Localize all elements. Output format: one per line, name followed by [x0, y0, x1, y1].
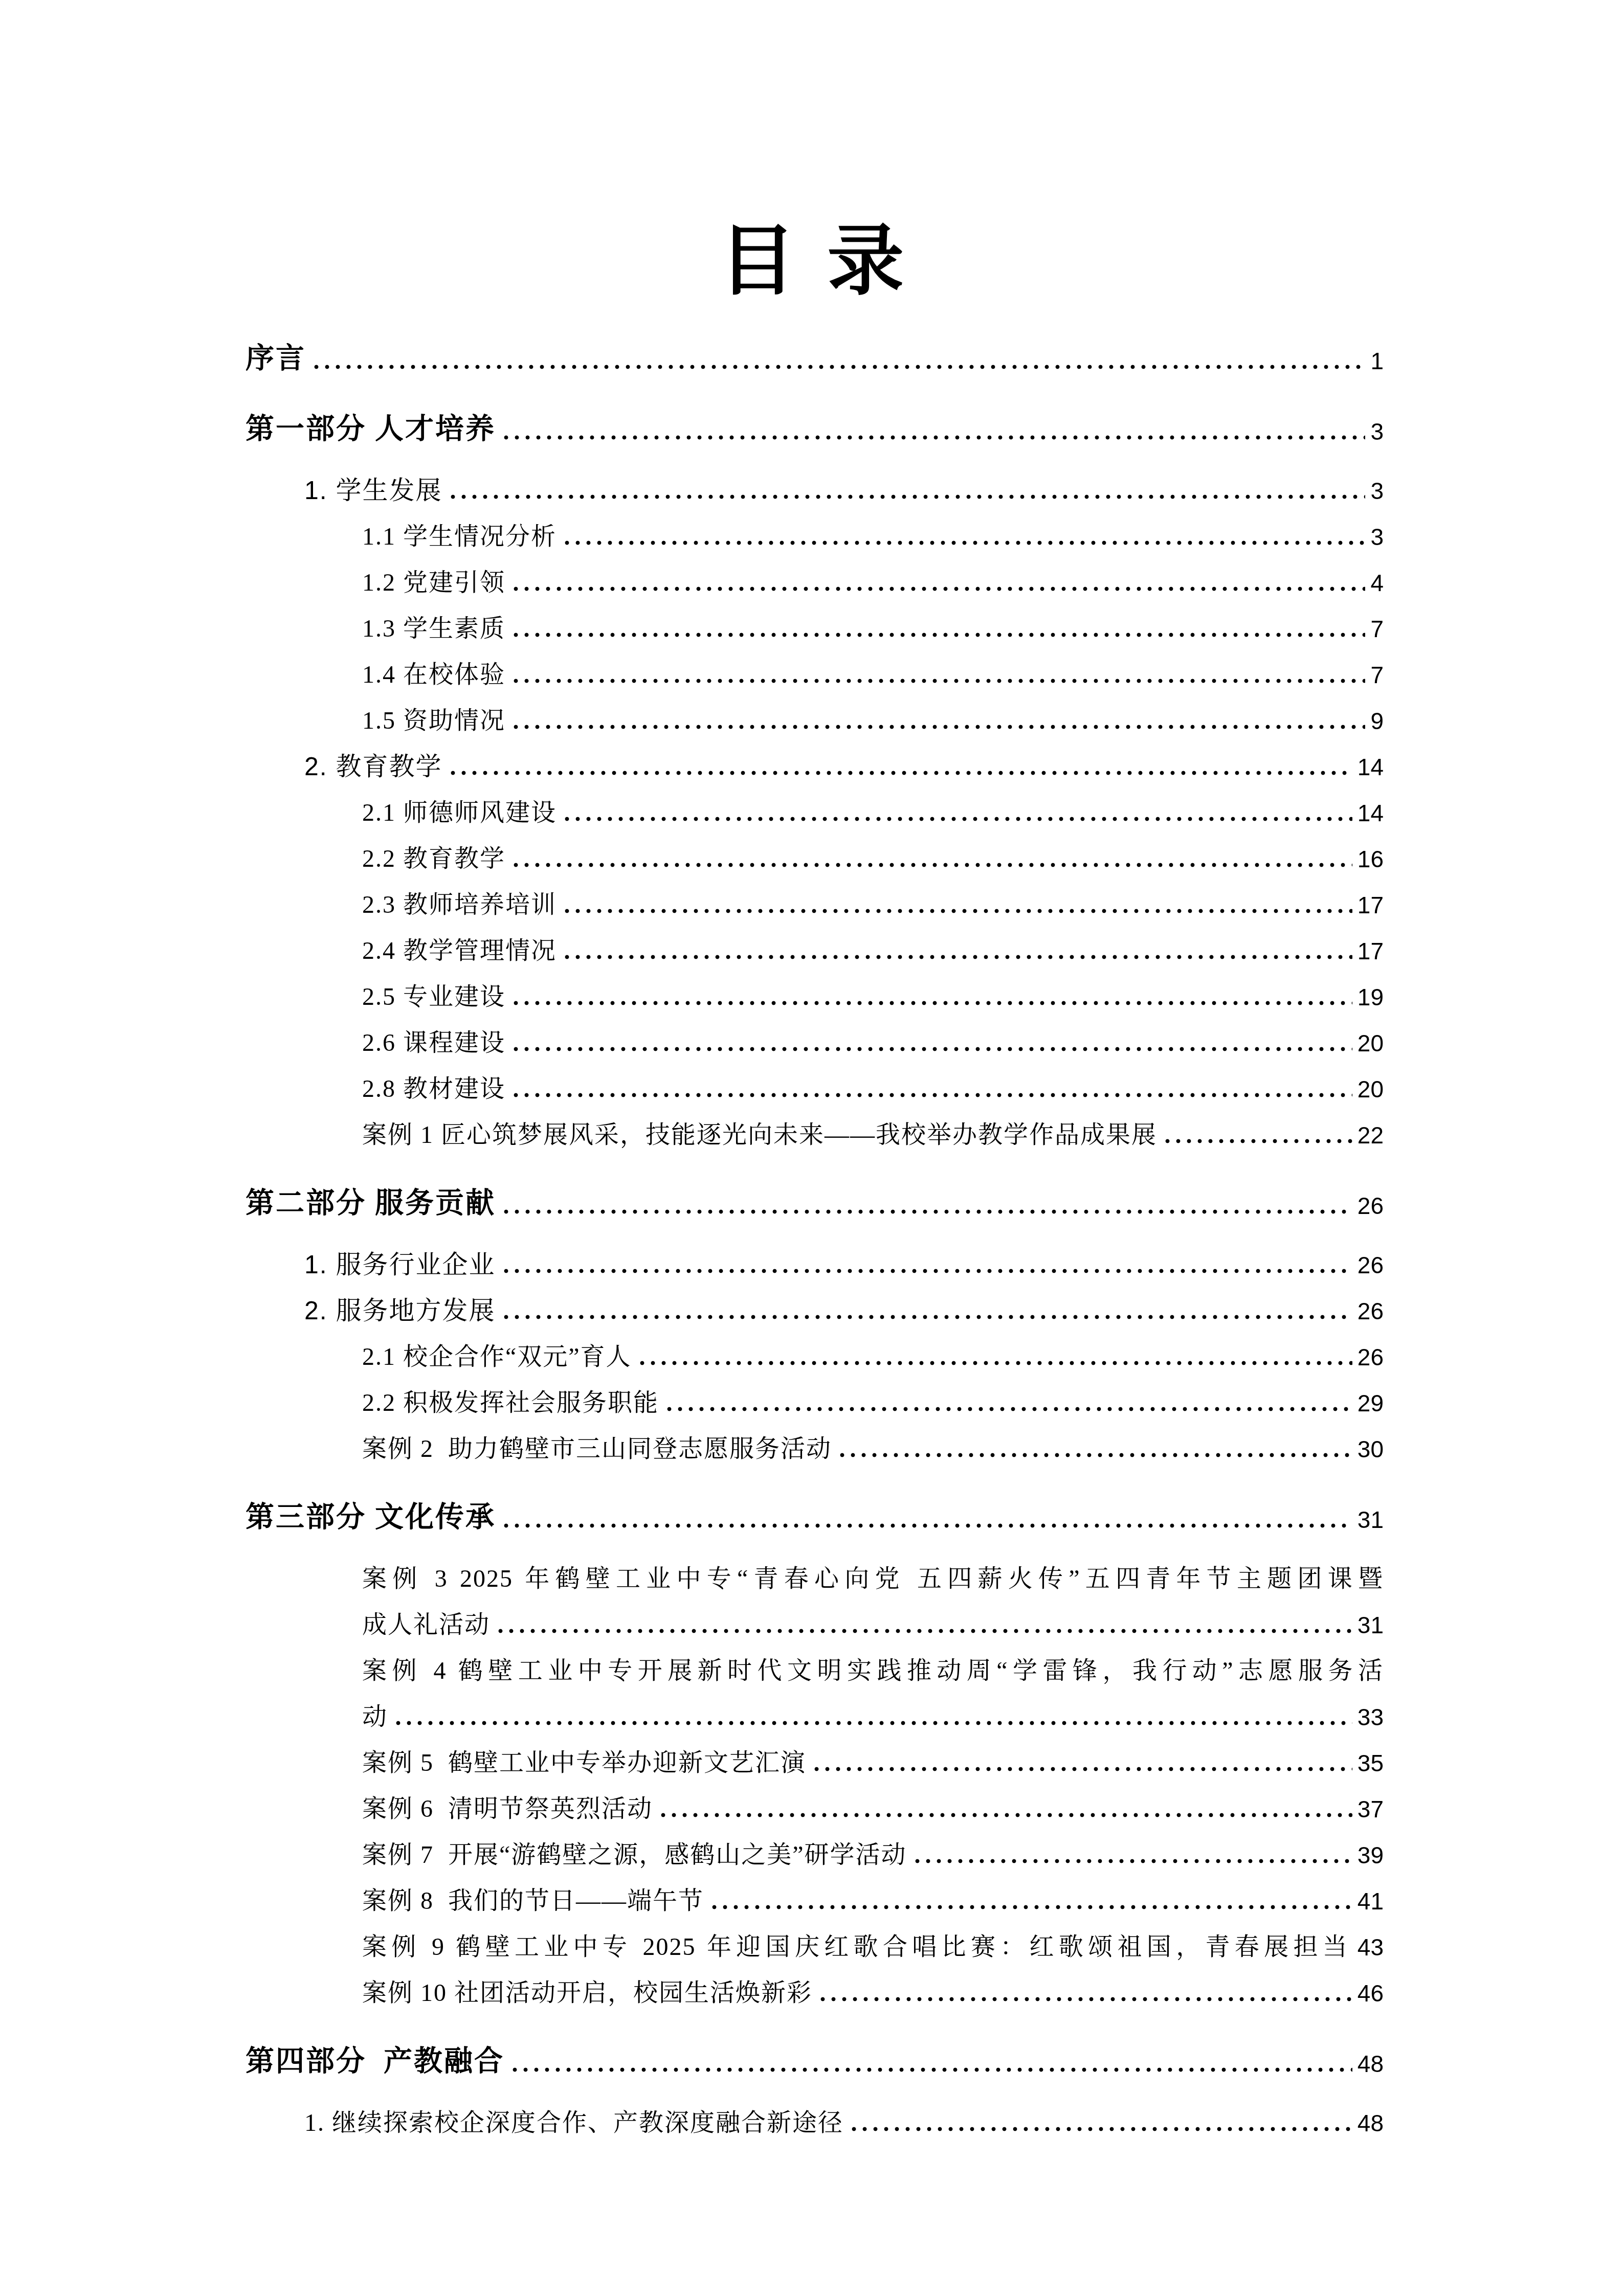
- toc-page: 目 录 序言 1 第一部分 人才培养 3 1. 学生发展 3 1.1 学生情况分…: [0, 0, 1624, 2296]
- toc-entry-text: 第一部分 人才培养: [246, 413, 496, 445]
- page-number: 17: [1358, 939, 1384, 965]
- toc-entry-7[interactable]: 1.5 资助情况 9: [246, 689, 1384, 735]
- page-number: 20: [1358, 1077, 1384, 1103]
- table-of-contents: 序言 1 第一部分 人才培养 3 1. 学生发展 3 1.1 学生情况分析 3 …: [246, 329, 1384, 2137]
- page-number: 7: [1370, 663, 1384, 689]
- dot-leader: [311, 364, 1365, 370]
- page-number: 14: [1358, 755, 1384, 781]
- dot-leader: [562, 908, 1352, 914]
- toc-entry-20[interactable]: 2.1 校企合作“双元”育人 26: [246, 1325, 1384, 1371]
- page-number: 33: [1358, 1705, 1384, 1731]
- toc-entry-text: 序言: [246, 343, 306, 375]
- page-number: 37: [1358, 1797, 1384, 1823]
- toc-entry-6[interactable]: 1.4 在校体验 7: [246, 643, 1384, 689]
- toc-entry-17[interactable]: 第二部分 服务贡献 26: [246, 1174, 1384, 1220]
- page-number: 30: [1358, 1437, 1384, 1463]
- toc-entry-text: 案例 6 清明节祭英烈活动: [362, 1795, 653, 1823]
- toc-entry-text: 2. 服务地方发展: [304, 1296, 496, 1325]
- dot-leader: [837, 1452, 1352, 1458]
- document-page: { "page": { "title": "目 录" }, "colors": …: [0, 0, 1624, 2296]
- toc-entry-0[interactable]: 序言 1: [246, 329, 1384, 375]
- toc-entry-30[interactable]: 案例 9 鹤壁工业中专 2025 年迎国庆红歌合唱比赛：红歌颂祖国，青春展担当 …: [246, 1915, 1384, 1961]
- toc-entry-18[interactable]: 1. 服务行业企业 26: [246, 1233, 1384, 1279]
- dot-leader: [562, 816, 1352, 822]
- page-number: 31: [1358, 1613, 1384, 1639]
- toc-entry-12[interactable]: 2.4 教学管理情况 17: [246, 919, 1384, 965]
- dot-leader: [501, 435, 1365, 440]
- toc-entry-text: 1.5 资助情况: [362, 707, 505, 735]
- page-number: 26: [1358, 1345, 1384, 1371]
- dot-leader: [562, 954, 1352, 960]
- toc-entry-29[interactable]: 案例 8 我们的节日——端午节 41: [246, 1869, 1384, 1915]
- toc-entry-16[interactable]: 案例 1 匠心筑梦展风采，技能逐光向未来——我校举办教学作品成果展 22: [246, 1103, 1384, 1149]
- dot-leader: [510, 1000, 1352, 1006]
- toc-entry-1[interactable]: 第一部分 人才培养 3: [246, 399, 1384, 445]
- dot-leader: [849, 2126, 1352, 2132]
- toc-entry-25-line2[interactable]: 动 33: [246, 1685, 1384, 1731]
- dot-leader: [912, 1858, 1352, 1864]
- toc-entry-33[interactable]: 1. 继续探索校企深度合作、产教深度融合新途径 48: [246, 2091, 1384, 2137]
- page-number: 4: [1370, 571, 1384, 597]
- toc-entry-text: 第四部分 产教融合: [246, 2045, 504, 2078]
- toc-entry-31[interactable]: 案例 10 社团活动开启，校园生活焕新彩 46: [246, 1961, 1384, 2007]
- toc-entry-text: 1. 服务行业企业: [304, 1250, 496, 1279]
- toc-entry-text: 第二部分 服务贡献: [246, 1187, 496, 1220]
- toc-entry-text: 1.4 在校体验: [362, 661, 505, 689]
- toc-entry-22[interactable]: 案例 2 助力鹤壁市三山同登志愿服务活动 30: [246, 1417, 1384, 1463]
- toc-entry-text: 案例 9 鹤壁工业中专 2025 年迎国庆红歌合唱比赛：红歌颂祖国，青春展担当: [362, 1933, 1348, 1961]
- toc-entry-text: 案例 10 社团活动开启，校园生活焕新彩: [362, 1979, 812, 2007]
- dot-leader: [658, 1812, 1352, 1818]
- toc-entry-19[interactable]: 2. 服务地方发展 26: [246, 1279, 1384, 1325]
- toc-entry-text: 案例 1 匠心筑梦展风采，技能逐光向未来——我校举办教学作品成果展: [362, 1121, 1157, 1149]
- toc-entry-24-line1[interactable]: 案例 3 2025 年鹤壁工业中专“青春心向党 五四薪火传”五四青年节主题团课暨: [246, 1547, 1384, 1593]
- page-number: 3: [1370, 420, 1384, 445]
- dot-leader: [510, 862, 1352, 868]
- dot-leader: [709, 1904, 1352, 1910]
- page-number: 20: [1358, 1031, 1384, 1057]
- toc-entry-text: 2.2 教育教学: [362, 845, 505, 873]
- dot-leader: [495, 1628, 1352, 1634]
- page-number: 1: [1370, 349, 1384, 375]
- toc-entry-text: 2.2 积极发挥社会服务职能: [362, 1389, 659, 1417]
- toc-entry-text: 案例 3 2025 年鹤壁工业中专“青春心向党 五四薪火传”五四青年节主题团课暨: [362, 1565, 1384, 1593]
- dot-leader: [664, 1406, 1352, 1412]
- toc-entry-15[interactable]: 2.8 教材建设 20: [246, 1057, 1384, 1103]
- page-number: 22: [1358, 1123, 1384, 1149]
- toc-entry-text: 2.3 教师培养培训: [362, 891, 557, 919]
- page-number: 16: [1358, 847, 1384, 873]
- toc-entry-11[interactable]: 2.3 教师培养培训 17: [246, 873, 1384, 919]
- toc-entry-2[interactable]: 1. 学生发展 3: [246, 459, 1384, 505]
- dot-leader: [448, 770, 1352, 776]
- toc-entry-13[interactable]: 2.5 专业建设 19: [246, 965, 1384, 1011]
- toc-entry-text: 1. 继续探索校企深度合作、产教深度融合新途径: [304, 2109, 843, 2137]
- toc-entry-text: 2. 教育教学: [304, 752, 442, 781]
- toc-entry-text: 1. 学生发展: [304, 476, 442, 505]
- page-number: 46: [1358, 1982, 1384, 2007]
- page-title: 目 录: [246, 220, 1384, 304]
- dot-leader: [1162, 1138, 1352, 1144]
- toc-entry-3[interactable]: 1.1 学生情况分析 3: [246, 505, 1384, 551]
- page-number: 26: [1358, 1253, 1384, 1279]
- toc-entry-4[interactable]: 1.2 党建引领 4: [246, 551, 1384, 597]
- toc-entry-text: 1.3 学生素质: [362, 615, 505, 643]
- dot-leader: [501, 1209, 1352, 1214]
- dot-leader: [562, 540, 1365, 546]
- toc-entry-25-line1[interactable]: 案例 4 鹤壁工业中专开展新时代文明实践推动周“学雷锋，我行动”志愿服务活: [246, 1639, 1384, 1685]
- toc-entry-text: 案例 5 鹤壁工业中专举办迎新文艺汇演: [362, 1749, 806, 1777]
- page-number: 39: [1358, 1843, 1384, 1869]
- toc-entry-text: 2.8 教材建设: [362, 1075, 505, 1103]
- page-number: 48: [1358, 2052, 1384, 2078]
- toc-entry-text: 案例 7 开展“游鹤壁之源，感鹤山之美”研学活动: [362, 1841, 907, 1869]
- toc-entry-24-line2[interactable]: 成人礼活动 31: [246, 1593, 1384, 1639]
- dot-leader: [510, 586, 1365, 592]
- toc-entry-text: 案例 8 我们的节日——端午节: [362, 1887, 704, 1915]
- dot-leader: [501, 1523, 1352, 1528]
- toc-entry-32[interactable]: 第四部分 产教融合 48: [246, 2032, 1384, 2078]
- toc-entry-text: 2.5 专业建设: [362, 983, 505, 1011]
- toc-entry-text: 2.1 校企合作“双元”育人: [362, 1343, 632, 1371]
- page-number: 31: [1358, 1508, 1384, 1534]
- toc-entry-9[interactable]: 2.1 师德师风建设 14: [246, 781, 1384, 827]
- toc-entry-text: 1.1 学生情况分析: [362, 523, 557, 551]
- dot-leader: [510, 678, 1365, 684]
- dot-leader: [510, 1092, 1352, 1098]
- toc-entry-26[interactable]: 案例 5 鹤壁工业中专举办迎新文艺汇演 35: [246, 1731, 1384, 1777]
- toc-entry-text: 第三部分 文化传承: [246, 1501, 496, 1534]
- page-number: 14: [1358, 801, 1384, 827]
- dot-leader: [637, 1360, 1352, 1366]
- page-number: 3: [1370, 479, 1384, 505]
- dot-leader: [811, 1766, 1352, 1772]
- toc-entry-text: 2.1 师德师风建设: [362, 799, 557, 827]
- dot-leader: [448, 494, 1366, 500]
- page-number: 3: [1370, 525, 1384, 551]
- page-number: 7: [1370, 617, 1384, 643]
- dot-leader: [501, 1268, 1352, 1274]
- toc-entry-text: 成人礼活动: [362, 1611, 490, 1639]
- dot-leader: [501, 1314, 1352, 1320]
- dot-leader: [393, 1720, 1352, 1726]
- toc-entry-10[interactable]: 2.2 教育教学 16: [246, 827, 1384, 873]
- dot-leader: [510, 724, 1365, 730]
- toc-entry-27[interactable]: 案例 6 清明节祭英烈活动 37: [246, 1777, 1384, 1823]
- page-number: 43: [1358, 1935, 1384, 1961]
- toc-entry-text: 案例 2 助力鹤壁市三山同登志愿服务活动: [362, 1435, 832, 1463]
- toc-entry-14[interactable]: 2.6 课程建设 20: [246, 1011, 1384, 1057]
- page-number: 17: [1358, 893, 1384, 919]
- toc-entry-text: 动: [362, 1703, 388, 1731]
- page-number: 41: [1358, 1889, 1384, 1915]
- page-number: 19: [1358, 985, 1384, 1011]
- dot-leader: [510, 632, 1365, 638]
- toc-entry-28[interactable]: 案例 7 开展“游鹤壁之源，感鹤山之美”研学活动 39: [246, 1823, 1384, 1869]
- toc-entry-5[interactable]: 1.3 学生素质 7: [246, 597, 1384, 643]
- page-number: 26: [1358, 1299, 1384, 1325]
- dot-leader: [509, 2067, 1352, 2073]
- page-number: 26: [1358, 1194, 1384, 1220]
- page-number: 9: [1370, 709, 1384, 735]
- toc-entry-text: 2.4 教学管理情况: [362, 937, 557, 965]
- toc-entry-text: 案例 4 鹤壁工业中专开展新时代文明实践推动周“学雷锋，我行动”志愿服务活: [362, 1657, 1384, 1685]
- toc-entry-text: 2.6 课程建设: [362, 1029, 505, 1057]
- toc-entry-8[interactable]: 2. 教育教学 14: [246, 735, 1384, 781]
- page-number: 48: [1358, 2111, 1384, 2137]
- toc-entry-23[interactable]: 第三部分 文化传承 31: [246, 1488, 1384, 1534]
- toc-entry-21[interactable]: 2.2 积极发挥社会服务职能 29: [246, 1371, 1384, 1417]
- toc-entry-text: 1.2 党建引领: [362, 569, 505, 597]
- page-number: 35: [1358, 1751, 1384, 1777]
- dot-leader: [817, 1996, 1352, 2002]
- dot-leader: [510, 1046, 1352, 1052]
- page-number: 29: [1358, 1391, 1384, 1417]
